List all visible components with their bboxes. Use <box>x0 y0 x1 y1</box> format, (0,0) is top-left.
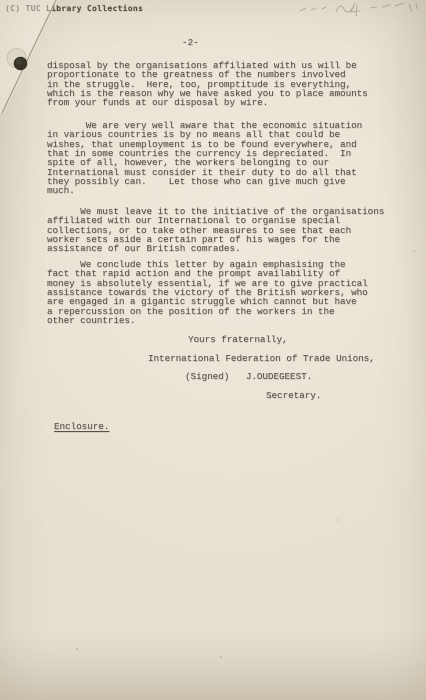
fastener-dot-sheen <box>16 59 22 65</box>
closing-organisation: International Federation of Trade Unions… <box>148 354 375 363</box>
closing-signature: (Signed) J.OUDEGEEST. <box>185 372 312 381</box>
enclosure-note: Enclosure. <box>54 422 109 431</box>
scanned-letter-page: (C) TUC Library Collections -2- dis <box>0 0 426 700</box>
letter-paragraph-3: We must leave it to the initiative of th… <box>47 207 384 254</box>
fastener-dot <box>14 57 28 71</box>
letter-paragraph-4: We conclude this letter by again emphasi… <box>47 260 368 325</box>
letter-paragraph-2: We are very well aware that the economic… <box>47 121 362 196</box>
closing-role: Secretary. <box>266 391 321 400</box>
page-number: -2- <box>182 38 199 48</box>
punch-hole <box>7 49 26 68</box>
letter-paragraph-1: disposal by the organisations affiliated… <box>47 61 368 108</box>
pencil-note <box>300 3 417 16</box>
copyright-watermark: (C) TUC Library Collections <box>5 4 143 14</box>
closing-salutation: Yours fraternally, <box>188 335 288 344</box>
